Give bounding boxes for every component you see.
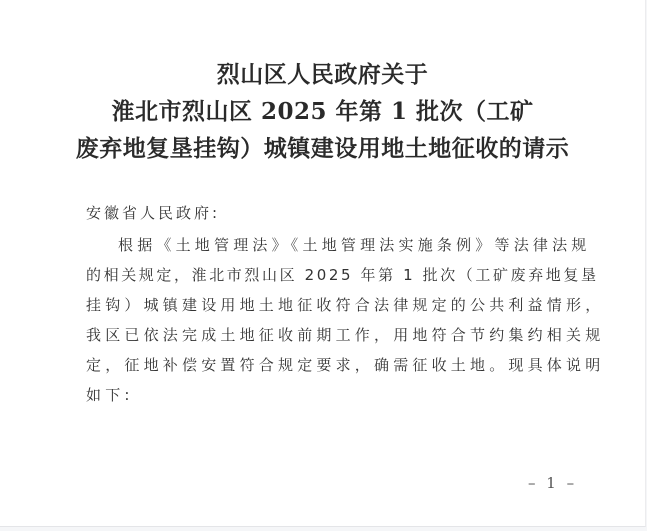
body-line-6: 如下:	[86, 380, 568, 410]
body-line-2: 的相关规定，淮北市烈山区 2025 年第 1 批次（工矿废弃地复垦	[86, 260, 568, 290]
document-page: 烈山区人民政府关于 淮北市烈山区 2025 年第 1 批次（工矿 废弃地复垦挂钩…	[0, 0, 646, 527]
salutation: 安徽省人民政府:	[86, 198, 568, 228]
body-line-5: 定，征地补偿安置符合规定要求，确需征收土地。现具体说明	[86, 350, 568, 380]
page-number: – 1 –	[528, 474, 577, 492]
document-body: 安徽省人民政府: 根据《土地管理法》《土地管理法实施条例》等法律法规 的相关规定…	[86, 198, 568, 410]
body-line-3: 挂钩）城镇建设用地土地征收符合法律规定的公共利益情形，	[86, 290, 568, 320]
title-line-3: 废弃地复垦挂钩）城镇建设用地土地征收的请示	[0, 130, 645, 167]
document-title: 烈山区人民政府关于 淮北市烈山区 2025 年第 1 批次（工矿 废弃地复垦挂钩…	[0, 56, 645, 167]
title-line-1: 烈山区人民政府关于	[0, 56, 645, 93]
title-line-2: 淮北市烈山区 2025 年第 1 批次（工矿	[0, 93, 645, 130]
body-line-4: 我区已依法完成土地征收前期工作，用地符合节约集约相关规	[86, 320, 568, 350]
body-line-1: 根据《土地管理法》《土地管理法实施条例》等法律法规	[86, 230, 568, 260]
